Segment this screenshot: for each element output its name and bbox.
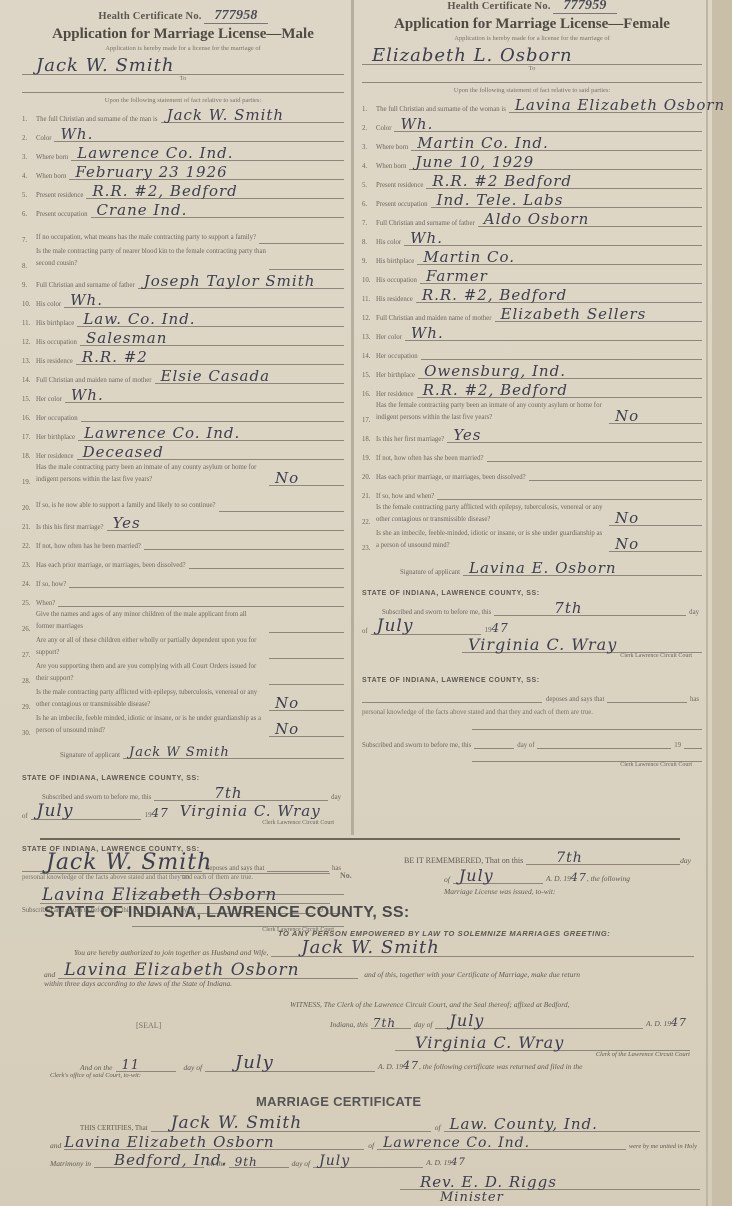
field-label: Present occupation — [36, 211, 91, 218]
female-intro: Application is hereby made for a license… — [362, 35, 702, 42]
form-field-row: 19.Has the male contracting party been a… — [22, 460, 344, 486]
field-label: Is the female contracting party afflicte… — [376, 502, 609, 526]
field-line: Ind. Tele. Labs — [431, 188, 702, 208]
officiant-signature: Rev. E. D. Riggs — [420, 1173, 557, 1191]
female-title: Application for Marriage License—Female — [362, 16, 702, 33]
field-line — [69, 568, 344, 588]
field-number: 4. — [22, 173, 36, 180]
field-number: 5. — [22, 192, 36, 199]
license-parties: Jack W. Smith TO Lavina Elizabeth Osborn — [40, 845, 330, 904]
male-fields: 1.The full Christian and surname of the … — [22, 104, 344, 737]
field-line — [529, 461, 702, 481]
field-number: 18. — [22, 453, 36, 460]
field-line: Joseph Taylor Smith — [138, 269, 344, 289]
field-number: 17. — [362, 417, 376, 424]
female-jurat-row-2: of July 1947 — [362, 616, 702, 635]
male-health-cert-number: 777958 — [204, 8, 267, 24]
male-application: Health Certificate No. 777958 Applicatio… — [22, 0, 344, 933]
male-to-line — [22, 82, 344, 93]
form-field-row: 14.Full Christian and maiden name of mot… — [22, 365, 344, 384]
form-field-row: 6.Present occupationInd. Tele. Labs — [362, 189, 702, 208]
field-value: Yes — [453, 426, 481, 444]
field-line: Law. Co. Ind. — [77, 307, 344, 327]
field-label: Present residence — [36, 192, 86, 199]
field-number: 17. — [22, 434, 36, 441]
field-number: 16. — [22, 415, 36, 422]
male-applicant-line: Jack W. Smith — [22, 52, 344, 75]
female-health-cert: Health Certificate No. 777959 — [362, 0, 702, 14]
field-number: 8. — [22, 263, 36, 270]
field-value: Yes — [113, 514, 141, 532]
field-number: 21. — [22, 524, 36, 531]
field-line — [259, 217, 344, 244]
form-field-row: 20.Has each prior marriage, or marriages… — [362, 462, 702, 481]
license-return: And on the 11 day of July A. D. 1947, th… — [50, 1050, 690, 1079]
form-field-row: 17.Has the female contracting party been… — [362, 398, 702, 424]
form-field-row: 21.If so, how and when? — [362, 481, 702, 500]
field-line: Owensburg, Ind. — [418, 359, 702, 379]
field-line: R.R. #2 Bedford — [426, 169, 702, 189]
form-field-row: 25.When? — [22, 588, 344, 607]
field-label: Where born — [376, 144, 411, 151]
form-field-row: 1.The full Christian and surname of the … — [362, 94, 702, 113]
form-field-row: 9.Full Christian and surname of fatherJo… — [22, 270, 344, 289]
female-affidavit-sworn-row: Subscribed and sworn to before me, this … — [362, 730, 702, 749]
field-label: Her birthplace — [36, 434, 78, 441]
field-line: Elizabeth Sellers — [495, 302, 702, 322]
field-line — [421, 340, 702, 360]
field-number: 10. — [362, 277, 376, 284]
field-number: 20. — [22, 505, 36, 512]
certificate-officiant-row: Rev. E. D. Riggs — [50, 1168, 700, 1190]
form-field-row: 11.His residenceR.R. #2, Bedford — [362, 284, 702, 303]
license-remembered: BE IT REMEMBERED, That on this 7th day o… — [404, 846, 694, 896]
female-clerk-signature: Virginia C. Wray — [468, 635, 617, 654]
form-field-row: 21.Is this his first marriage?Yes — [22, 512, 344, 531]
certificate-body: THIS CERTIFIES, That Jack W. Smith of La… — [50, 1110, 700, 1205]
male-signature: Jack W Smith — [129, 745, 230, 760]
male-health-cert: Health Certificate No. 777958 — [22, 8, 344, 24]
certificate-place-row: Matrimony in Bedford, Ind. on the 9th da… — [50, 1150, 700, 1168]
form-field-row: 14.Her occupation — [362, 341, 702, 360]
field-line: Wh. — [64, 288, 344, 308]
field-label: His color — [36, 301, 64, 308]
field-line — [269, 243, 344, 270]
form-field-row: 28.Are you supporting them and are you c… — [22, 659, 344, 685]
form-field-row: 11.His birthplaceLaw. Co. Ind. — [22, 308, 344, 327]
field-label: Present occupation — [376, 201, 431, 208]
license-remembered-row-2: of July A. D. 1947, the following — [404, 865, 694, 884]
field-label: Give the names and ages of any minor chi… — [36, 609, 269, 633]
field-line: No — [609, 499, 702, 526]
field-number: 4. — [362, 163, 376, 170]
license-groom-line: Jack W. Smith — [40, 845, 330, 874]
form-field-row: 23.Has each prior marriage, or marriages… — [22, 550, 344, 569]
column-divider — [351, 0, 354, 835]
male-to-label: To — [22, 75, 344, 82]
field-line: Crane Ind. — [91, 198, 344, 218]
male-title: Application for Marriage License—Male — [22, 26, 344, 43]
field-number: 12. — [362, 315, 376, 322]
field-number: 22. — [362, 519, 376, 526]
field-number: 13. — [22, 358, 36, 365]
license-authorized-row: You are hereby authorized to join togeth… — [44, 938, 694, 957]
officiant-title: Minister — [50, 1190, 700, 1205]
field-number: 15. — [362, 372, 376, 379]
field-label: Are any or all of these children either … — [36, 635, 269, 659]
field-line: Wh. — [54, 122, 344, 142]
field-number: 20. — [362, 474, 376, 481]
field-label: His occupation — [36, 339, 80, 346]
field-line — [219, 485, 344, 512]
form-field-row: 18.Her residenceDeceased — [22, 441, 344, 460]
form-field-row: 20.If so, is he now able to support a fa… — [22, 486, 344, 512]
field-number: 1. — [362, 106, 376, 113]
field-value: R.R. #2, Bedford — [423, 381, 568, 399]
field-number: 6. — [362, 201, 376, 208]
field-label: Her residence — [36, 453, 77, 460]
field-number: 7. — [362, 220, 376, 227]
field-number: 10. — [22, 301, 36, 308]
form-field-row: 22.If not, how often has he been married… — [22, 531, 344, 550]
field-label: Color — [36, 135, 54, 142]
field-line: Wh. — [394, 112, 702, 132]
field-number: 21. — [362, 493, 376, 500]
field-line: R.R. #2, Bedford — [416, 283, 702, 303]
field-line: Martin Co. — [417, 245, 702, 265]
form-field-row: 18.Is this her first marriage?Yes — [362, 424, 702, 443]
form-field-row: 7.Full Christian and surname of fatherAl… — [362, 208, 702, 227]
field-line: No — [269, 684, 344, 711]
female-application: Health Certificate No. 777959 Applicatio… — [362, 0, 702, 768]
form-field-row: 23.Is she an imbecile, feeble-minded, id… — [362, 526, 702, 552]
male-jurat-row: Subscribed and sworn to before me, this … — [22, 782, 344, 801]
license-clerk-line: Virginia C. Wray — [395, 1032, 690, 1051]
field-number: 19. — [362, 455, 376, 462]
certificate-groom-row: THIS CERTIFIES, That Jack W. Smith of La… — [50, 1110, 700, 1132]
male-signature-row: Signature of applicant Jack W Smith — [22, 737, 344, 759]
background-edge — [712, 0, 732, 1206]
field-line: Yes — [107, 511, 344, 531]
form-field-row: 30.Is he an imbecile, feeble minded, idi… — [22, 711, 344, 737]
field-line: Yes — [447, 423, 702, 443]
field-label: If so, how and when? — [376, 493, 437, 500]
field-label: Is he an imbecile, feeble minded, idioti… — [36, 713, 269, 737]
field-line — [81, 402, 344, 422]
field-label: Present residence — [376, 182, 426, 189]
field-line: Salesman — [80, 326, 344, 346]
male-applicant-name: Jack W. Smith — [36, 55, 174, 76]
field-number: 24. — [22, 581, 36, 588]
form-field-row: 3.Where bornLawrence Co. Ind. — [22, 142, 344, 161]
field-number: 14. — [22, 377, 36, 384]
field-number: 27. — [22, 652, 36, 659]
male-intro: Application is hereby made for a license… — [22, 45, 344, 52]
form-field-row: 3.Where bornMartin Co. Ind. — [362, 132, 702, 151]
female-affidavit-clerk-line — [472, 749, 702, 762]
certificate-title: MARRIAGE CERTIFICATE — [256, 1094, 421, 1109]
field-label: Her occupation — [376, 353, 421, 360]
form-field-row: 12.Full Christian and maiden name of mot… — [362, 303, 702, 322]
field-label: His residence — [36, 358, 76, 365]
field-number: 9. — [22, 282, 36, 289]
form-field-row: 5.Present residenceR.R. #2, Bedford — [22, 180, 344, 199]
female-applicant-name: Elizabeth L. Osborn — [372, 45, 573, 66]
field-label: Are you supporting them and are you comp… — [36, 661, 269, 685]
female-clerk-row: Virginia C. Wray — [362, 635, 702, 653]
field-label: Is the male contracting party afflicted … — [36, 687, 269, 711]
form-field-row: 13.Her colorWh. — [362, 322, 702, 341]
field-number: 18. — [362, 436, 376, 443]
field-line: Aldo Osborn — [478, 207, 702, 227]
seal-label: [SEAL] — [136, 1022, 161, 1031]
form-field-row: 9.His birthplaceMartin Co. — [362, 246, 702, 265]
page-edge — [706, 0, 708, 1206]
field-number: 5. — [362, 182, 376, 189]
field-label: If not, how often has she been married? — [376, 455, 487, 462]
field-label: Is the male contracting party of nearer … — [36, 246, 269, 270]
field-number: 11. — [22, 320, 36, 327]
form-field-row: 12.His occupationSalesman — [22, 327, 344, 346]
license-state-heading: STATE OF INDIANA, LAWRENCE COUNTY, SS: — [44, 904, 409, 922]
field-line: Lawrence Co. Ind. — [78, 421, 344, 441]
field-number: 29. — [22, 704, 36, 711]
field-line: Martin Co. Ind. — [411, 131, 702, 151]
field-number: 23. — [22, 562, 36, 569]
field-label: When born — [36, 173, 69, 180]
field-label: Where born — [36, 154, 71, 161]
form-field-row: 8.Is the male contracting party of neare… — [22, 244, 344, 270]
field-number: 6. — [22, 211, 36, 218]
form-field-row: 2.ColorWh. — [22, 123, 344, 142]
field-line: No — [609, 397, 702, 424]
field-line: June 10, 1929 — [409, 150, 702, 170]
field-line: Elsie Casada — [155, 364, 344, 384]
field-line: Lawrence Co. Ind. — [71, 141, 344, 161]
field-line — [189, 549, 344, 569]
form-field-row: 26.Give the names and ages of any minor … — [22, 607, 344, 633]
field-number: 23. — [362, 545, 376, 552]
field-label: Her residence — [376, 391, 417, 398]
field-number: 2. — [362, 125, 376, 132]
field-number: 22. — [22, 543, 36, 550]
field-number: 2. — [22, 135, 36, 142]
field-label: Color — [376, 125, 394, 132]
license-witness-date: Indiana, this 7th day of July A. D. 1947 — [330, 1010, 690, 1029]
license-no-label: No. — [340, 872, 352, 881]
field-number: 3. — [22, 154, 36, 161]
field-number: 9. — [362, 258, 376, 265]
field-label: Is this his first marriage? — [36, 524, 107, 531]
license-return-row: And on the 11 day of July A. D. 1947, th… — [50, 1050, 690, 1072]
field-number: 11. — [362, 296, 376, 303]
field-line — [437, 480, 702, 500]
field-label: Her occupation — [36, 415, 81, 422]
field-label: Has the female contracting party been an… — [376, 400, 609, 424]
field-number: 3. — [362, 144, 376, 151]
field-line — [269, 632, 344, 659]
certificate-bride-row: and Lavina Elizabeth Osborn of Lawrence … — [50, 1132, 700, 1150]
field-label: Is this her first marriage? — [376, 436, 447, 443]
field-label: Has the male contracting party been an i… — [36, 462, 269, 486]
license-wife-row: and Lavina Elizabeth Osborn and of this,… — [44, 957, 694, 979]
female-fields: 1.The full Christian and surname of the … — [362, 94, 702, 552]
field-number: 26. — [22, 626, 36, 633]
license-witness: WITNESS, The Clerk of the Lawrence Circu… — [290, 1000, 569, 1009]
female-affidavit-row: deposes and says that has — [362, 684, 702, 703]
field-number: 19. — [22, 479, 36, 486]
license-authorization: You are hereby authorized to join togeth… — [44, 938, 694, 988]
field-line: R.R. #2 — [76, 345, 344, 365]
field-line: Lavina Elizabeth Osborn — [509, 93, 702, 113]
field-value: Deceased — [83, 443, 164, 461]
field-line: Wh. — [65, 383, 344, 403]
form-field-row: 7.If no occupation, what means has the m… — [22, 218, 344, 244]
license-groom: Jack W. Smith — [46, 850, 212, 875]
form-field-row: 27.Are any or all of these children eith… — [22, 633, 344, 659]
field-label: His occupation — [376, 277, 420, 284]
field-label: Her birthplace — [376, 372, 418, 379]
field-number: 7. — [22, 237, 36, 244]
field-line: R.R. #2, Bedford — [417, 378, 702, 398]
form-field-row: 29.Is the male contracting party afflict… — [22, 685, 344, 711]
field-line — [144, 530, 344, 550]
field-line: Deceased — [77, 440, 344, 460]
field-number: 14. — [362, 353, 376, 360]
field-line: R.R. #2, Bedford — [86, 179, 344, 199]
female-signature-row: Signature of applicant Lavina E. Osborn — [362, 552, 702, 576]
field-label: When born — [376, 163, 409, 170]
form-field-row: 19.If not, how often has she been marrie… — [362, 443, 702, 462]
field-line — [269, 658, 344, 685]
field-label: His residence — [376, 296, 416, 303]
field-label: If not, how often has he been married? — [36, 543, 144, 550]
form-field-row: 6.Present occupationCrane Ind. — [22, 199, 344, 218]
female-to-line — [362, 72, 702, 83]
male-jurat-row-2: of July 1947 Virginia C. Wray — [22, 801, 344, 820]
field-value: Crane Ind. — [97, 201, 188, 219]
form-field-row: 13.His residenceR.R. #2 — [22, 346, 344, 365]
form-field-row: 16.Her residenceR.R. #2, Bedford — [362, 379, 702, 398]
field-label: Her color — [376, 334, 405, 341]
form-field-row: 4.When bornFebruary 23 1926 — [22, 161, 344, 180]
field-number: 30. — [22, 730, 36, 737]
field-number: 12. — [22, 339, 36, 346]
field-number: 13. — [362, 334, 376, 341]
male-clerk-signature: Virginia C. Wray — [180, 802, 321, 820]
field-line — [487, 442, 702, 462]
field-label: Her color — [36, 396, 65, 403]
form-field-row: 22.Is the female contracting party affli… — [362, 500, 702, 526]
form-field-row: 16.Her occupation — [22, 403, 344, 422]
field-label: Is she an imbecile, feeble-minded, idiot… — [376, 528, 609, 552]
field-line — [269, 606, 344, 633]
field-line: Jack W. Smith — [161, 103, 344, 123]
female-to-label: To — [362, 65, 702, 72]
field-line: No — [269, 710, 344, 737]
field-number: 28. — [22, 678, 36, 685]
field-label: His color — [376, 239, 404, 246]
female-health-cert-number: 777959 — [553, 0, 616, 14]
form-field-row: 15.Her birthplaceOwensburg, Ind. — [362, 360, 702, 379]
form-field-row: 17.Her birthplaceLawrence Co. Ind. — [22, 422, 344, 441]
license-witness-date-row: Indiana, this 7th day of July A. D. 1947 — [330, 1010, 690, 1029]
field-number: 15. — [22, 396, 36, 403]
form-field-row: 2.ColorWh. — [362, 113, 702, 132]
female-applicant-line: Elizabeth L. Osborn — [362, 42, 702, 65]
field-label: His birthplace — [376, 258, 417, 265]
field-line: Farmer — [420, 264, 702, 284]
female-signature: Lavina E. Osborn — [469, 559, 617, 577]
field-number: 8. — [362, 239, 376, 246]
form-field-row: 10.His occupationFarmer — [362, 265, 702, 284]
field-line: Wh. — [405, 321, 702, 341]
license-remembered-row: BE IT REMEMBERED, That on this 7th day — [404, 846, 694, 865]
field-line: Wh. — [404, 226, 702, 246]
license-bride: Lavina Elizabeth Osborn — [42, 885, 277, 905]
form-field-row: 4.When bornJune 10, 1929 — [362, 151, 702, 170]
license-divider — [40, 838, 680, 840]
field-line: No — [269, 459, 344, 486]
field-label: If no occupation, what means has the mal… — [36, 232, 259, 244]
form-field-row: 1.The full Christian and surname of the … — [22, 104, 344, 123]
form-field-row: 15.Her colorWh. — [22, 384, 344, 403]
license-bride-line: Lavina Elizabeth Osborn — [40, 881, 330, 904]
field-line: No — [609, 525, 702, 552]
field-label: When? — [36, 600, 58, 607]
field-line — [58, 587, 344, 607]
field-label: His birthplace — [36, 320, 77, 327]
field-number: 1. — [22, 116, 36, 123]
field-number: 25. — [22, 600, 36, 607]
field-number: 16. — [362, 391, 376, 398]
form-field-row: 8.His colorWh. — [362, 227, 702, 246]
form-field-row: 24.If so, how? — [22, 569, 344, 588]
form-field-row: 10.His colorWh. — [22, 289, 344, 308]
form-field-row: 5.Present residenceR.R. #2 Bedford — [362, 170, 702, 189]
field-value: R.R. #2 — [82, 348, 148, 366]
female-jurat-row: Subscribed and sworn to before me, this … — [362, 597, 702, 616]
field-line: February 23 1926 — [69, 160, 344, 180]
